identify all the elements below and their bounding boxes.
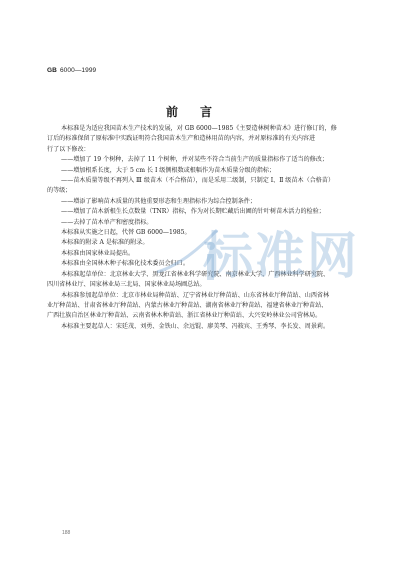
list-item: ——增加根系长度，大于 5 cm 长 I 级侧根数或根幅作为苗木质量分级的指标； bbox=[47, 166, 373, 176]
list-item: ——去掉了苗木单产和密度指标。 bbox=[47, 218, 373, 228]
paragraph-line: 本标准是为适应我国苗木生产技术的发展，对 GB 6000—1985《主要造林树种… bbox=[47, 124, 373, 134]
paragraph-line: 本标准主要起草人：宋廷茂、刘勇、金铁山、余远锟、廖美琴、冯筱宾、王秀琴、李长发、… bbox=[47, 322, 373, 332]
paragraph-line: 本标准参加起草单位：北京市林业局种苗站、辽宁省林业厅种苗站、山东省林业厅种苗站、… bbox=[47, 291, 373, 301]
standard-number: 6000—1999 bbox=[60, 67, 96, 74]
paragraph-line: 本标准由国家林业局提出。 bbox=[47, 249, 373, 259]
standard-prefix: GB bbox=[47, 67, 57, 74]
page-number: 188 bbox=[62, 530, 70, 536]
paragraph-line: 本标准由全国林木种子标准化技术委员会归口。 bbox=[47, 259, 373, 269]
list-item: ——增加了 19 个树种，去掉了 11 个树种，并对某些不符合当前生产的质量指标… bbox=[47, 155, 373, 165]
paragraph-line: 本标准从实施之日起，代替 GB 6000—1985。 bbox=[47, 228, 373, 238]
list-item: ——苗木质量等级不再列入 Ⅲ 级苗木（不合格苗），而是采用二级制，只制定 Ⅰ、Ⅱ… bbox=[47, 176, 373, 186]
paragraph-line: 的等级； bbox=[47, 186, 373, 196]
paragraph-line: 订后的标准保留了原标准中实践证明符合我国苗木生产和造林用苗的内容，并对原标准的有… bbox=[47, 134, 373, 144]
standard-code: GB6000—1999 bbox=[47, 67, 96, 74]
paragraph-line: 本标准的附录 A 是标准的附录。 bbox=[47, 238, 373, 248]
foreword-body: 本标准是为适应我国苗木生产技术的发展，对 GB 6000—1985《主要造林树种… bbox=[47, 124, 373, 332]
paragraph-line: 广西壮族自治区林业厅种苗站、云南省林木种苗站、浙江省林业厅种苗站、大兴安岭林业公… bbox=[47, 311, 373, 321]
list-item: ——增加了苗木新根生长点数量（TNR）指标，作为对长期贮藏后出圃的针叶树苗木活力… bbox=[47, 207, 373, 217]
page-title: 前言 bbox=[0, 103, 400, 120]
paragraph-line: 四川省林业厅、国家林业局三北局、国家林业局场圃总站。 bbox=[47, 280, 373, 290]
paragraph-line: 行了以下修改： bbox=[47, 145, 373, 155]
paragraph-line: 本标准起草单位：北京林业大学、黑龙江省林业科学研究院、南京林业大学、广西林业科学… bbox=[47, 270, 373, 280]
list-item: ——增添了影响苗木质量的其他重要形态和生理指标作为综合控制条件； bbox=[47, 197, 373, 207]
paragraph-line: 业厅种苗站、甘肃省林业厅种苗站、内蒙古林业厅种苗站、湖南省林业厅种苗站、福建省林… bbox=[47, 301, 373, 311]
